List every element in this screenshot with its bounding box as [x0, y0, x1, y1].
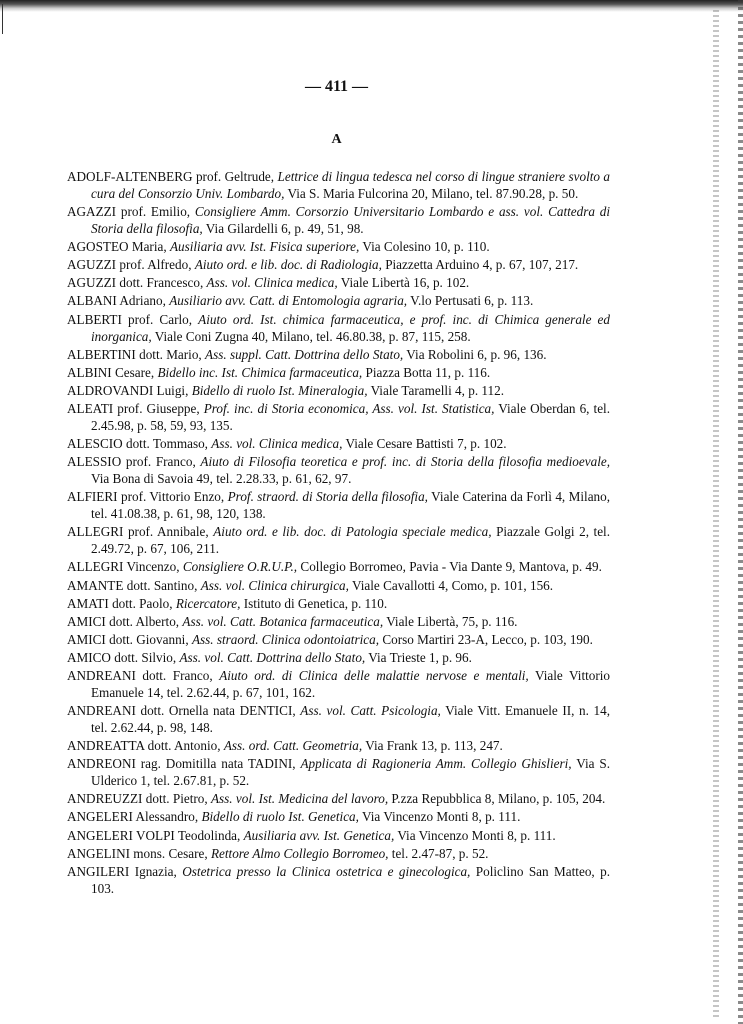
entry-role: Ausiliaria avv. Ist. Genetica,: [244, 828, 395, 843]
entry-name: prof. Annibale,: [128, 524, 209, 539]
entry-details: Viale Libertà 16, p. 102.: [341, 275, 469, 290]
entry-role: Ass. straord. Clinica odontoiatrica,: [192, 632, 379, 647]
entry-name: dott. Mario,: [139, 347, 202, 362]
entry-role: Ass. suppl. Catt. Dottrina dello Stato,: [205, 347, 403, 362]
directory-entry: ALFIERI prof. Vittorio Enzo, Prof. strao…: [67, 488, 610, 522]
entry-surname: ANDREONI: [67, 756, 136, 771]
directory-entry: ALBANI Adriano, Ausiliario avv. Catt. di…: [67, 292, 610, 309]
entry-surname: ANGELINI: [67, 846, 130, 861]
entry-details: Viale Cavallotti 4, Como, p. 101, 156.: [352, 578, 553, 593]
entry-role: Consigliere O.R.U.P.,: [183, 559, 297, 574]
entry-surname: AGOSTEO: [67, 239, 129, 254]
directory-entry: ANDREATTA dott. Antonio, Ass. ord. Catt.…: [67, 737, 610, 754]
entry-role: Ass. vol. Catt. Botanica farmaceutica,: [182, 614, 383, 629]
entry-role: Bidello di ruolo Ist. Genetica,: [201, 809, 359, 824]
entry-name: dott. Paolo,: [112, 596, 172, 611]
scan-left-edge: [2, 4, 3, 34]
entry-details: Via S. Maria Fulcorina 20, Milano, tel. …: [287, 186, 578, 201]
entry-surname: ALBERTI: [67, 312, 122, 327]
directory-entry: ANDREONI rag. Domitilla nata TADINI, App…: [67, 755, 610, 789]
entry-details: Corso Martiri 23-A, Lecco, p. 103, 190.: [382, 632, 593, 647]
directory-entry: ALLEGRI prof. Annibale, Aiuto ord. e lib…: [67, 523, 610, 557]
entry-name: rag. Domitilla nata TADINI,: [141, 756, 296, 771]
entry-surname: AMICI: [67, 632, 106, 647]
directory-entry: ALBERTI prof. Carlo, Aiuto ord. Ist. chi…: [67, 311, 610, 345]
scan-right-edge: [738, 0, 743, 1024]
entry-name: Ignazia,: [135, 864, 177, 879]
entry-role: Aiuto ord. di Clinica delle malattie ner…: [219, 668, 529, 683]
entry-name: mons. Cesare,: [133, 846, 207, 861]
entry-role: Ass. vol. Clinica chirurgica,: [201, 578, 349, 593]
entry-name: dott. Giovanni,: [109, 632, 189, 647]
entry-role: Ass. vol. Ist. Medicina del lavoro,: [211, 791, 388, 806]
directory-entry: ANGELINI mons. Cesare, Rettore Almo Coll…: [67, 845, 610, 862]
entry-role: Ass. vol. Catt. Psicologia,: [300, 703, 441, 718]
entry-details: Via Robolini 6, p. 96, 136.: [406, 347, 546, 362]
entry-role: Prof. straord. di Storia della filosofia…: [228, 489, 428, 504]
entry-name: dott. Franco,: [142, 668, 212, 683]
entry-details: Via Colesino 10, p. 110.: [362, 239, 489, 254]
directory-entry: AMATI dott. Paolo, Ricercatore, Istituto…: [67, 595, 610, 612]
directory-entry: ALDROVANDI Luigi, Bidello di ruolo Ist. …: [67, 382, 610, 399]
entry-role: Bidello di ruolo Ist. Mineralogia,: [192, 383, 368, 398]
entry-name: Teodolinda,: [178, 828, 240, 843]
entry-name: Vincenzo,: [126, 559, 179, 574]
entry-details: V.lo Pertusati 6, p. 113.: [410, 293, 533, 308]
entry-name: Maria,: [132, 239, 167, 254]
entry-role: Ass. vol. Catt. Dottrina dello Stato,: [179, 650, 365, 665]
entry-surname: ALBINI: [67, 365, 112, 380]
entry-details: Collegio Borromeo, Pavia - Via Dante 9, …: [300, 559, 602, 574]
entry-name: prof. Emilio,: [121, 204, 190, 219]
directory-entry: ALESSIO prof. Franco, Aiuto di Filosofia…: [67, 453, 610, 487]
entry-role: Applicata di Ragioneria Amm. Collegio Gh…: [300, 756, 571, 771]
entry-details: Piazza Botta 11, p. 116.: [366, 365, 491, 380]
entry-surname: ADOLF-ALTENBERG: [67, 169, 193, 184]
entry-surname: ANDREUZZI: [67, 791, 142, 806]
entry-role: Ass. ord. Catt. Geometria,: [224, 738, 362, 753]
entry-name: prof. Geltrude,: [196, 169, 274, 184]
entry-details: Via Trieste 1, p. 96.: [368, 650, 472, 665]
directory-entry: ANGELERI Alessandro, Bidello di ruolo Is…: [67, 808, 610, 825]
entry-name: dott. Silvio,: [114, 650, 176, 665]
entry-details: Istituto di Genetica, p. 110.: [244, 596, 387, 611]
entry-name: prof. Alfredo,: [119, 257, 191, 272]
entry-details: P.zza Repubblica 8, Milano, p. 105, 204.: [391, 791, 605, 806]
entry-name: dott. Tommaso,: [126, 436, 208, 451]
entry-details: Viale Taramelli 4, p. 112.: [371, 383, 504, 398]
directory-entry: ALEATI prof. Giuseppe, Prof. inc. di Sto…: [67, 400, 610, 434]
section-letter: A: [0, 132, 673, 148]
entry-name: Cesare,: [115, 365, 154, 380]
entry-surname: ALBANI: [67, 293, 117, 308]
entry-name: dott. Ornella nata DENTICI,: [140, 703, 295, 718]
scan-top-border: [0, 0, 743, 12]
entry-name: Alessandro,: [136, 809, 199, 824]
entry-surname: ANDREANI: [67, 668, 136, 683]
entry-details: Via Vincenzo Monti 8, p. 111.: [362, 809, 520, 824]
entry-role: Ausiliario avv. Catt. di Entomologia agr…: [169, 293, 407, 308]
entry-surname: ALLEGRI: [67, 559, 123, 574]
entry-role: Bidello inc. Ist. Chimica farmaceutica,: [157, 365, 362, 380]
directory-entry: AGUZZI prof. Alfredo, Aiuto ord. e lib. …: [67, 256, 610, 273]
directory-entry: AGOSTEO Maria, Ausiliaria avv. Ist. Fisi…: [67, 238, 610, 255]
entry-details: Via Bona di Savoia 49, tel. 2.28.33, p. …: [91, 471, 351, 486]
directory-entry: AGUZZI dott. Francesco, Ass. vol. Clinic…: [67, 274, 610, 291]
entry-name: prof. Franco,: [126, 454, 196, 469]
directory-entry: ADOLF-ALTENBERG prof. Geltrude, Lettrice…: [67, 168, 610, 202]
directory-entries: ADOLF-ALTENBERG prof. Geltrude, Lettrice…: [67, 168, 610, 898]
directory-entry: AMICI dott. Giovanni, Ass. straord. Clin…: [67, 631, 610, 648]
entry-role: Ass. vol. Clinica medica,: [211, 436, 342, 451]
entry-role: Rettore Almo Collegio Borromeo,: [211, 846, 389, 861]
entry-name: Adriano,: [119, 293, 166, 308]
directory-entry: AMICO dott. Silvio, Ass. vol. Catt. Dott…: [67, 649, 610, 666]
entry-surname: ANGELERI: [67, 809, 133, 824]
directory-entry: ALBERTINI dott. Mario, Ass. suppl. Catt.…: [67, 346, 610, 363]
entry-details: Via Gilardelli 6, p. 49, 51, 98.: [206, 221, 364, 236]
entry-details: tel. 2.47-87, p. 52.: [392, 846, 489, 861]
entry-details: Viale Cesare Battisti 7, p. 102.: [345, 436, 506, 451]
entry-surname: ANGILERI: [67, 864, 129, 879]
entry-role: Ass. vol. Clinica medica,: [207, 275, 338, 290]
scan-right-noise: [713, 10, 719, 1020]
entry-details: Via Vincenzo Monti 8, p. 111.: [397, 828, 555, 843]
page-number: — 411 —: [0, 78, 673, 96]
entry-name: dott. Francesco,: [119, 275, 203, 290]
directory-entry: AGAZZI prof. Emilio, Consigliere Amm. Co…: [67, 203, 610, 237]
entry-role: Aiuto ord. e lib. doc. di Patologia spec…: [213, 524, 491, 539]
directory-entry: AMICI dott. Alberto, Ass. vol. Catt. Bot…: [67, 613, 610, 630]
entry-surname: ALLEGRI: [67, 524, 123, 539]
directory-entry: ANDREANI dott. Franco, Aiuto ord. di Cli…: [67, 667, 610, 701]
directory-entry: ALLEGRI Vincenzo, Consigliere O.R.U.P., …: [67, 558, 610, 575]
entry-surname: AMANTE: [67, 578, 123, 593]
entry-name: dott. Pietro,: [146, 791, 208, 806]
entry-role: Ostetrica presso la Clinica ostetrica e …: [182, 864, 470, 879]
directory-entry: ANDREUZZI dott. Pietro, Ass. vol. Ist. M…: [67, 790, 610, 807]
entry-details: Piazzetta Arduino 4, p. 67, 107, 217.: [385, 257, 578, 272]
entry-surname: ANDREANI: [67, 703, 136, 718]
entry-role: Ausiliaria avv. Ist. Fisica superiore,: [170, 239, 359, 254]
directory-entry: AMANTE dott. Santino, Ass. vol. Clinica …: [67, 577, 610, 594]
entry-role: Aiuto ord. e lib. doc. di Radiologia,: [195, 257, 382, 272]
entry-details: Viale Libertà, 75, p. 116.: [386, 614, 517, 629]
entry-surname: ANGELERI VOLPI: [67, 828, 175, 843]
entry-name: dott. Alberto,: [109, 614, 179, 629]
entry-surname: ALESCIO: [67, 436, 123, 451]
entry-details: Via Frank 13, p. 113, 247.: [365, 738, 503, 753]
entry-surname: ALDROVANDI: [67, 383, 153, 398]
entry-surname: AGUZZI: [67, 275, 116, 290]
entry-role: Prof. inc. di Storia economica, Ass. vol…: [204, 401, 495, 416]
entry-name: prof. Vittorio Enzo,: [121, 489, 224, 504]
entry-surname: AMATI: [67, 596, 109, 611]
entry-surname: ALFIERI: [67, 489, 118, 504]
entry-surname: ANDREATTA: [67, 738, 144, 753]
entry-surname: AMICO: [67, 650, 111, 665]
entry-details: Viale Coni Zugna 40, Milano, tel. 46.80.…: [155, 329, 471, 344]
entry-role: Aiuto di Filosofia teoretica e prof. inc…: [200, 454, 610, 469]
entry-name: prof. Carlo,: [128, 312, 192, 327]
entry-name: prof. Giuseppe,: [117, 401, 199, 416]
entry-role: Ricercatore,: [176, 596, 241, 611]
entry-surname: ALEATI: [67, 401, 113, 416]
entry-name: Luigi,: [157, 383, 189, 398]
entry-surname: ALBERTINI: [67, 347, 136, 362]
directory-entry: ANGILERI Ignazia, Ostetrica presso la Cl…: [67, 863, 610, 897]
entry-surname: AGUZZI: [67, 257, 116, 272]
directory-entry: ANDREANI dott. Ornella nata DENTICI, Ass…: [67, 702, 610, 736]
entry-surname: ALESSIO: [67, 454, 121, 469]
directory-entry: ALBINI Cesare, Bidello inc. Ist. Chimica…: [67, 364, 610, 381]
entry-surname: AGAZZI: [67, 204, 116, 219]
entry-name: dott. Santino,: [127, 578, 198, 593]
directory-entry: ANGELERI VOLPI Teodolinda, Ausiliaria av…: [67, 827, 610, 844]
entry-surname: AMICI: [67, 614, 106, 629]
entry-name: dott. Antonio,: [148, 738, 221, 753]
directory-entry: ALESCIO dott. Tommaso, Ass. vol. Clinica…: [67, 435, 610, 452]
